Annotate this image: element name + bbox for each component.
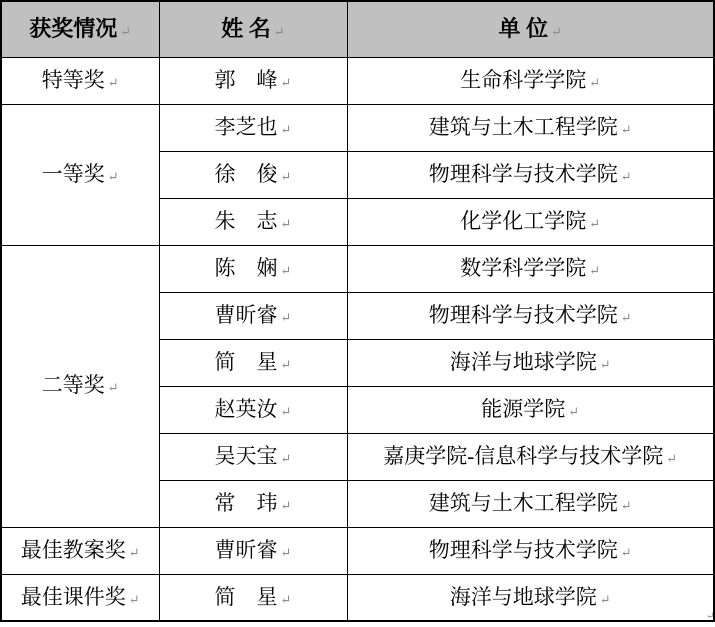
table-row: 最佳课件奖↵简 星↵海洋与地球学院↵ — [1, 574, 714, 621]
name-cell: 赵英汝↵ — [159, 386, 347, 433]
name-cell: 陈 娴↵ — [159, 245, 347, 292]
header-unit-label: 单 位 — [499, 16, 549, 41]
table-row: 一等奖↵李芝也↵建筑与土木工程学院↵ — [1, 104, 714, 151]
unit-cell-text: 数学科学学院 — [460, 256, 586, 280]
name-cell: 曹昕睿↵ — [159, 292, 347, 339]
pilcrow-icon: ↵ — [281, 263, 292, 278]
name-cell-text: 曹昕睿 — [215, 303, 278, 327]
pilcrow-icon: ↵ — [129, 545, 140, 560]
unit-cell: 物理科学与技术学院↵ — [347, 292, 714, 339]
unit-cell-text: 化学化工学院 — [460, 209, 586, 233]
name-cell: 简 星↵ — [159, 574, 347, 621]
name-cell-text: 吴天宝 — [215, 444, 278, 468]
award-cell-text: 最佳教案奖 — [21, 538, 126, 562]
name-cell: 朱 志↵ — [159, 198, 347, 245]
unit-cell: 海洋与地球学院↵ — [347, 574, 714, 621]
pilcrow-icon: ↵ — [281, 357, 292, 372]
pilcrow-icon: ↵ — [281, 545, 292, 560]
header-cell-award: 获奖情况↵ — [1, 1, 159, 57]
unit-cell-text: 生命科学学院 — [460, 68, 586, 92]
table-row: 特等奖↵郭 峰↵生命科学学院↵ — [1, 57, 714, 104]
pilcrow-icon: ↵ — [281, 216, 292, 231]
unit-cell: 物理科学与技术学院↵ — [347, 527, 714, 574]
unit-cell: 建筑与土木工程学院↵ — [347, 480, 714, 527]
pilcrow-icon: ↵ — [120, 24, 131, 39]
name-cell-text: 徐 俊 — [215, 162, 278, 186]
pilcrow-icon: ↵ — [589, 263, 600, 278]
table-body: 特等奖↵郭 峰↵生命科学学院↵一等奖↵李芝也↵建筑与土木工程学院↵徐 俊↵物理科… — [1, 57, 714, 621]
unit-cell-text: 物理科学与技术学院 — [429, 538, 618, 562]
award-cell: 最佳教案奖↵ — [1, 527, 159, 574]
unit-cell-text: 能源学院 — [481, 397, 565, 421]
unit-cell: 能源学院↵ — [347, 386, 714, 433]
pilcrow-icon: ↵ — [281, 122, 292, 137]
name-cell-text: 简 星 — [215, 585, 278, 609]
unit-cell-text: 海洋与地球学院 — [450, 350, 597, 374]
name-cell: 郭 峰↵ — [159, 57, 347, 104]
name-cell: 吴天宝↵ — [159, 433, 347, 480]
pilcrow-icon: ↵ — [129, 592, 140, 607]
header-row: 获奖情况↵ 姓 名↵ 单 位↵ — [1, 1, 714, 57]
pilcrow-icon: ↵ — [281, 498, 292, 513]
pilcrow-icon: ↵ — [600, 592, 611, 607]
unit-cell-text: 嘉庚学院-信息科学与技术学院 — [383, 444, 663, 468]
pilcrow-icon: ↵ — [666, 451, 677, 466]
name-cell-text: 常 玮 — [215, 491, 278, 515]
unit-cell: 生命科学学院↵ — [347, 57, 714, 104]
name-cell: 曹昕睿↵ — [159, 527, 347, 574]
pilcrow-icon: ↵ — [568, 404, 579, 419]
pilcrow-icon: ↵ — [281, 592, 292, 607]
name-cell-text: 陈 娴 — [215, 256, 278, 280]
pilcrow-icon: ↵ — [281, 75, 292, 90]
name-cell: 简 星↵ — [159, 339, 347, 386]
pilcrow-icon: ↵ — [621, 169, 632, 184]
pilcrow-icon: ↵ — [274, 24, 285, 39]
awards-table: 获奖情况↵ 姓 名↵ 单 位↵ 特等奖↵郭 峰↵生命科学学院↵一等奖↵李芝也↵建… — [0, 0, 715, 622]
pilcrow-icon: ↵ — [281, 310, 292, 325]
unit-cell-text: 建筑与土木工程学院 — [429, 491, 618, 515]
pilcrow-icon: ↵ — [108, 380, 119, 395]
award-cell-text: 最佳课件奖 — [21, 585, 126, 609]
name-cell-text: 赵英汝 — [215, 397, 278, 421]
header-cell-name: 姓 名↵ — [159, 1, 347, 57]
document-page: 获奖情况↵ 姓 名↵ 单 位↵ 特等奖↵郭 峰↵生命科学学院↵一等奖↵李芝也↵建… — [0, 0, 715, 627]
table-row: 最佳教案奖↵曹昕睿↵物理科学与技术学院↵ — [1, 527, 714, 574]
pilcrow-icon: ↵ — [621, 545, 632, 560]
unit-cell: 海洋与地球学院↵ — [347, 339, 714, 386]
unit-cell: 数学科学学院↵ — [347, 245, 714, 292]
name-cell-text: 曹昕睿 — [215, 538, 278, 562]
pilcrow-icon: ↵ — [600, 357, 611, 372]
pilcrow-icon: ↵ — [621, 122, 632, 137]
name-cell-text: 郭 峰 — [215, 68, 278, 92]
award-cell-text: 特等奖 — [42, 68, 105, 92]
name-cell: 常 玮↵ — [159, 480, 347, 527]
unit-cell: 物理科学与技术学院↵ — [347, 151, 714, 198]
pilcrow-icon: ↵ — [621, 498, 632, 513]
unit-cell: 建筑与土木工程学院↵ — [347, 104, 714, 151]
unit-cell: 嘉庚学院-信息科学与技术学院↵ — [347, 433, 714, 480]
pilcrow-icon: ↵ — [589, 75, 600, 90]
name-cell-text: 李芝也 — [215, 115, 278, 139]
pilcrow-icon: ↵ — [108, 169, 119, 184]
pilcrow-icon: ↵ — [108, 75, 119, 90]
header-cell-unit: 单 位↵ — [347, 1, 714, 57]
pilcrow-icon: ↵ — [621, 310, 632, 325]
name-cell: 徐 俊↵ — [159, 151, 347, 198]
header-name-label: 姓 名 — [221, 16, 271, 41]
pilcrow-icon: ↵ — [281, 169, 292, 184]
table-row: 二等奖↵陈 娴↵数学科学学院↵ — [1, 245, 714, 292]
pilcrow-icon: ↵ — [281, 451, 292, 466]
award-cell-text: 二等奖 — [42, 373, 105, 397]
award-cell: 二等奖↵ — [1, 245, 159, 527]
award-cell: 特等奖↵ — [1, 57, 159, 104]
award-cell: 一等奖↵ — [1, 104, 159, 245]
pilcrow-icon: ↵ — [281, 404, 292, 419]
unit-cell-text: 海洋与地球学院 — [450, 585, 597, 609]
award-cell: 最佳课件奖↵ — [1, 574, 159, 621]
unit-cell: 化学化工学院↵ — [347, 198, 714, 245]
header-award-label: 获奖情况 — [29, 16, 117, 41]
name-cell: 李芝也↵ — [159, 104, 347, 151]
pilcrow-icon: ↵ — [589, 216, 600, 231]
pilcrow-icon: ↵ — [551, 24, 562, 39]
unit-cell-text: 物理科学与技术学院 — [429, 303, 618, 327]
unit-cell-text: 物理科学与技术学院 — [429, 162, 618, 186]
unit-cell-text: 建筑与土木工程学院 — [429, 115, 618, 139]
pilcrow-icon: ↵ — [706, 611, 714, 622]
award-cell-text: 一等奖 — [42, 162, 105, 186]
name-cell-text: 朱 志 — [215, 209, 278, 233]
name-cell-text: 简 星 — [215, 350, 278, 374]
